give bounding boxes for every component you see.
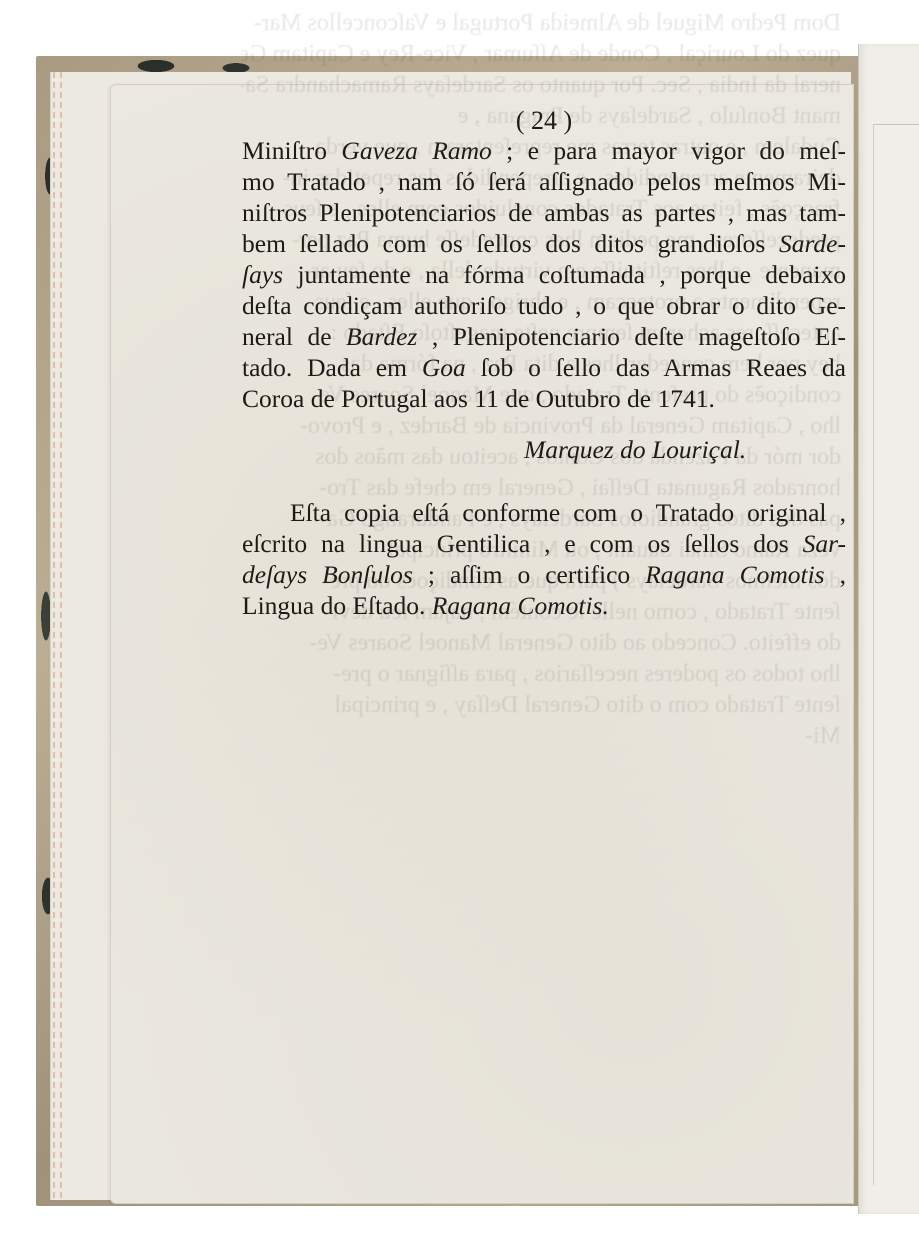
text-line: Eſta copia eſtá conforme com o Tratado o… [242, 497, 846, 528]
text-line: Miniſtro Gaveza Ramo ; e para mayor vigo… [242, 135, 846, 166]
text-line: tado. Dada em Goa ſob o ſello das Armas … [242, 352, 846, 383]
text-line: niſtros Plenipotenciarios de ambas as pa… [242, 197, 846, 228]
text-line: deſays Bonſulos ; aſſim o certifico Raga… [242, 559, 846, 590]
text-line: Coroa de Portugal aos 11 de Outubro de 1… [242, 383, 846, 414]
text-line: ſays juntamente na fórma coſtumada , por… [242, 259, 846, 290]
page-number: ( 24 ) [242, 107, 846, 135]
text-line: bem ſellado com os ſellos dos ditos gran… [242, 228, 846, 259]
flyleaf-red-edge [53, 72, 55, 1200]
text-line: mo Tratado , nam ſó ſerá aſſignado pelos… [242, 166, 846, 197]
page-text: ( 24 ) Miniſtro Gaveza Ramo ; e para may… [242, 107, 846, 621]
text-line: neral de Bardez , Plenipotenciario deſte… [242, 321, 846, 352]
text-line: deſta condiçam authoriſo tudo , o que ob… [242, 290, 846, 321]
paragraph-treaty-closing: Miniſtro Gaveza Ramo ; e para mayor vigo… [242, 135, 846, 414]
text-line: Lingua do Eſtado. Ragana Comotis. [242, 590, 846, 621]
facing-page [858, 44, 919, 1214]
paragraph-certification: Eſta copia eſtá conforme com o Tratado o… [242, 497, 846, 621]
signature-marquez: Marquez do Louriçal. [242, 434, 846, 465]
flyleaf-red-edge [60, 72, 62, 1200]
facing-page-plate-mark [873, 124, 919, 1185]
text-line: eſcrito na lingua Gentilica , e com os ſ… [242, 528, 846, 559]
